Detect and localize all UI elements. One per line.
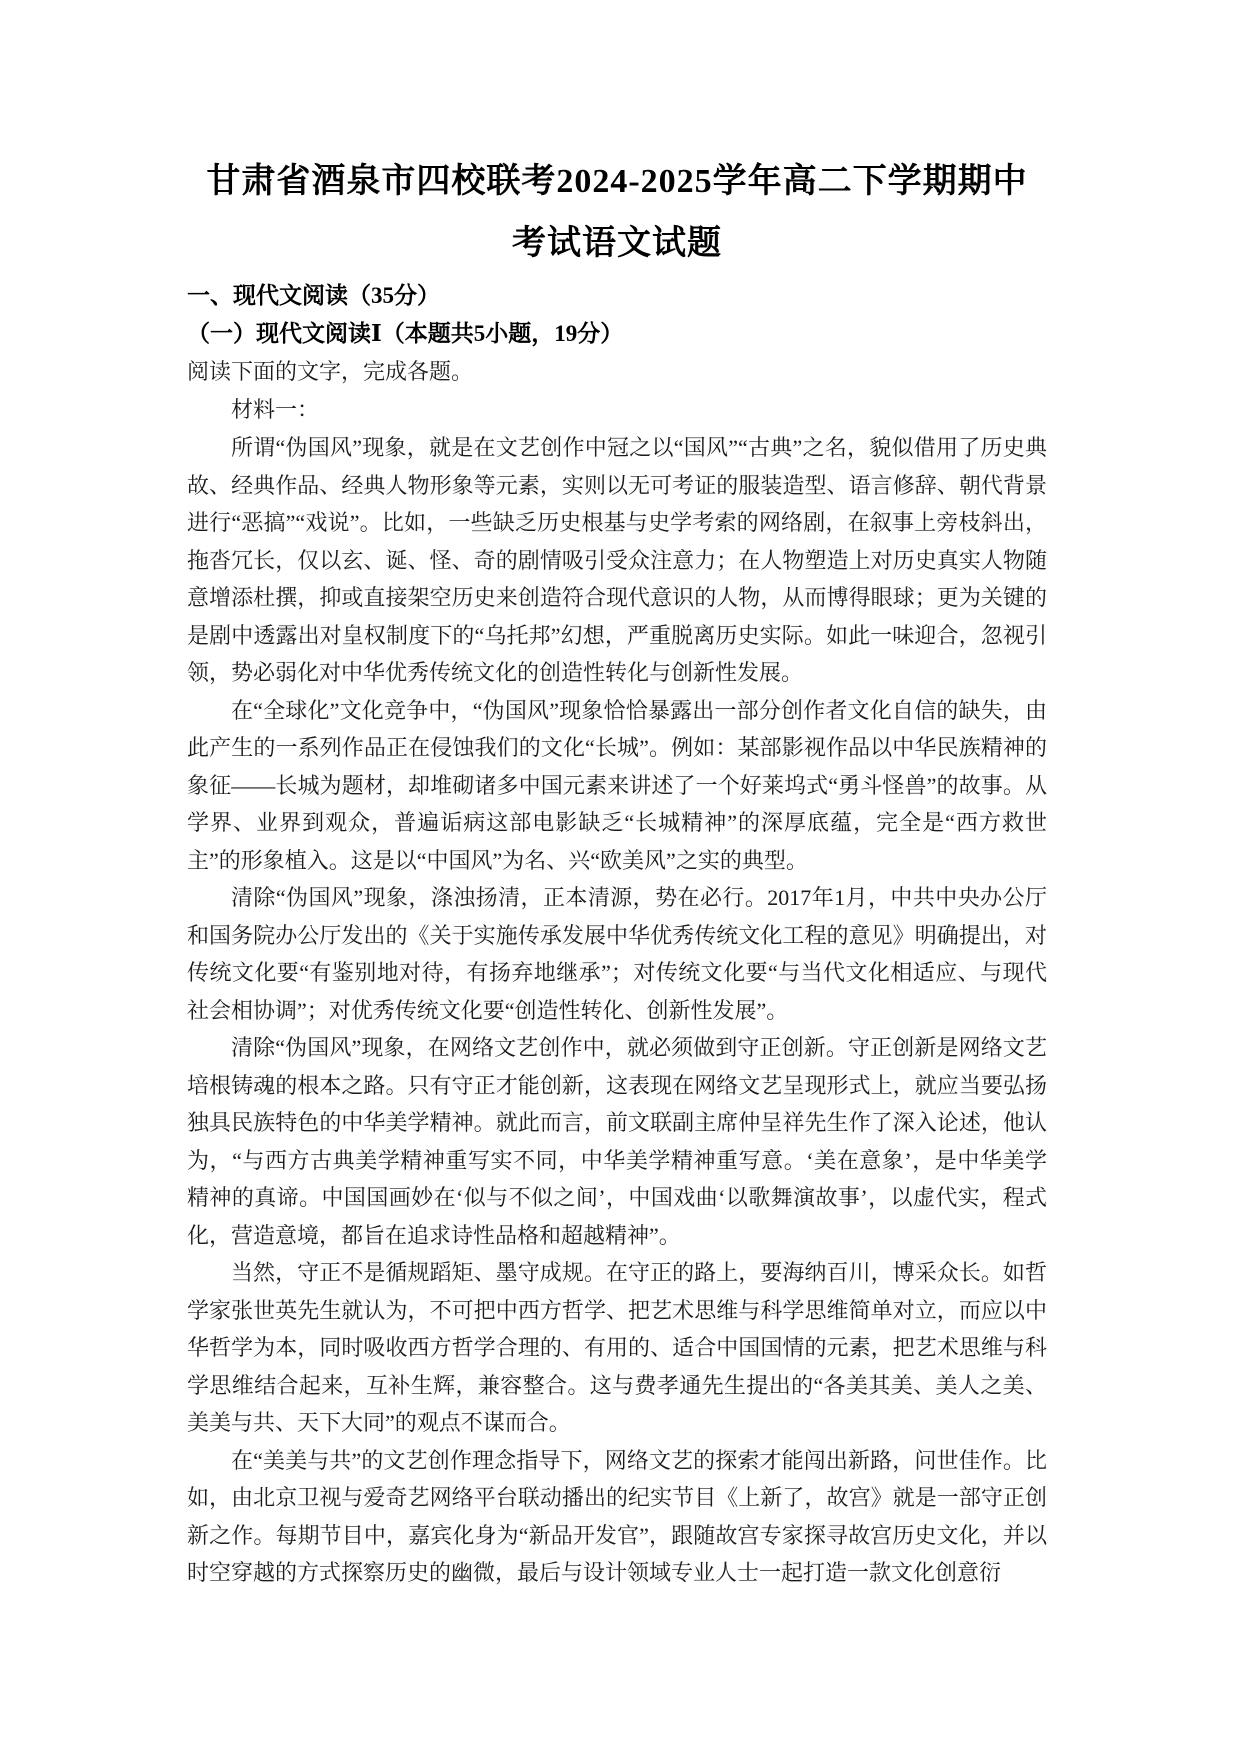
document-title: 甘肃省酒泉市四校联考2024-2025学年高二下学期期中 考试语文试题 bbox=[187, 151, 1047, 275]
material-paragraph-6: 在“美美与共”的文艺创作理念指导下，网络文艺的探索才能闯出新路，问世佳作。比如，… bbox=[187, 1442, 1047, 1592]
exam-paper-page: 甘肃省酒泉市四校联考2024-2025学年高二下学期期中 考试语文试题 一、现代… bbox=[0, 0, 1240, 1754]
subsection-heading-reading-one: （一）现代文阅读Ⅰ（本题共5小题，19分） bbox=[187, 315, 1047, 353]
section-heading-modern-text-reading: 一、现代文阅读（35分） bbox=[187, 277, 1047, 315]
material-paragraph-3: 清除“伪国风”现象，涤浊扬清，正本清源，势在必行。2017年1月，中共中央办公厅… bbox=[187, 879, 1047, 1029]
page-content: 甘肃省酒泉市四校联考2024-2025学年高二下学期期中 考试语文试题 一、现代… bbox=[0, 0, 1240, 1592]
reading-instruction: 阅读下面的文字，完成各题。 bbox=[187, 353, 1047, 391]
material-paragraph-1: 所谓“伪国风”现象，就是在文艺创作中冠之以“国风”“古典”之名，貌似借用了历史典… bbox=[187, 429, 1047, 692]
material-one-label: 材料一： bbox=[187, 391, 1047, 429]
material-paragraph-4: 清除“伪国风”现象，在网络文艺创作中，就必须做到守正创新。守正创新是网络文艺培根… bbox=[187, 1029, 1047, 1254]
document-title-line1: 甘肃省酒泉市四校联考2024-2025学年高二下学期期中 bbox=[187, 151, 1047, 213]
material-paragraph-2: 在“全球化”文化竞争中，“伪国风”现象恰恰暴露出一部分创作者文化自信的缺失，由此… bbox=[187, 692, 1047, 880]
document-title-line2: 考试语文试题 bbox=[187, 213, 1047, 275]
material-paragraph-5: 当然，守正不是循规蹈矩、墨守成规。在守正的路上，要海纳百川，博采众长。如哲学家张… bbox=[187, 1254, 1047, 1442]
